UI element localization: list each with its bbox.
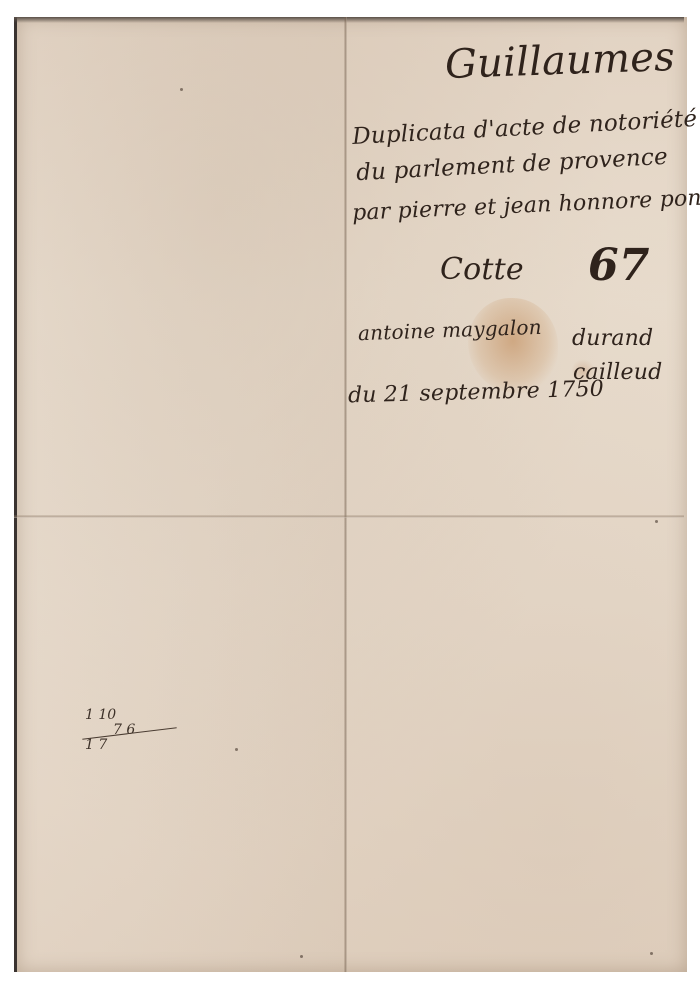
ink-speck: [655, 520, 658, 523]
left-panel: [17, 17, 344, 972]
cote-number: 67: [588, 240, 650, 291]
horizontal-fold-crease: [14, 515, 684, 518]
calc-line-3: 1 7: [85, 738, 135, 753]
ink-speck: [650, 952, 653, 955]
ink-speck: [180, 88, 183, 91]
party-name-right-1: durand: [572, 326, 653, 351]
cote-label: Cotte: [440, 252, 524, 287]
calc-line-2: 7 6: [113, 723, 135, 738]
worn-top-edge: [14, 17, 684, 23]
ink-speck: [235, 748, 238, 751]
ink-speck: [300, 955, 303, 958]
vertical-fold-crease: [344, 17, 347, 972]
document-title: Guillaumes: [444, 34, 675, 88]
margin-calculation: 1 10 7 6 1 7: [85, 708, 135, 753]
calc-line-1: 1 10: [85, 708, 135, 723]
